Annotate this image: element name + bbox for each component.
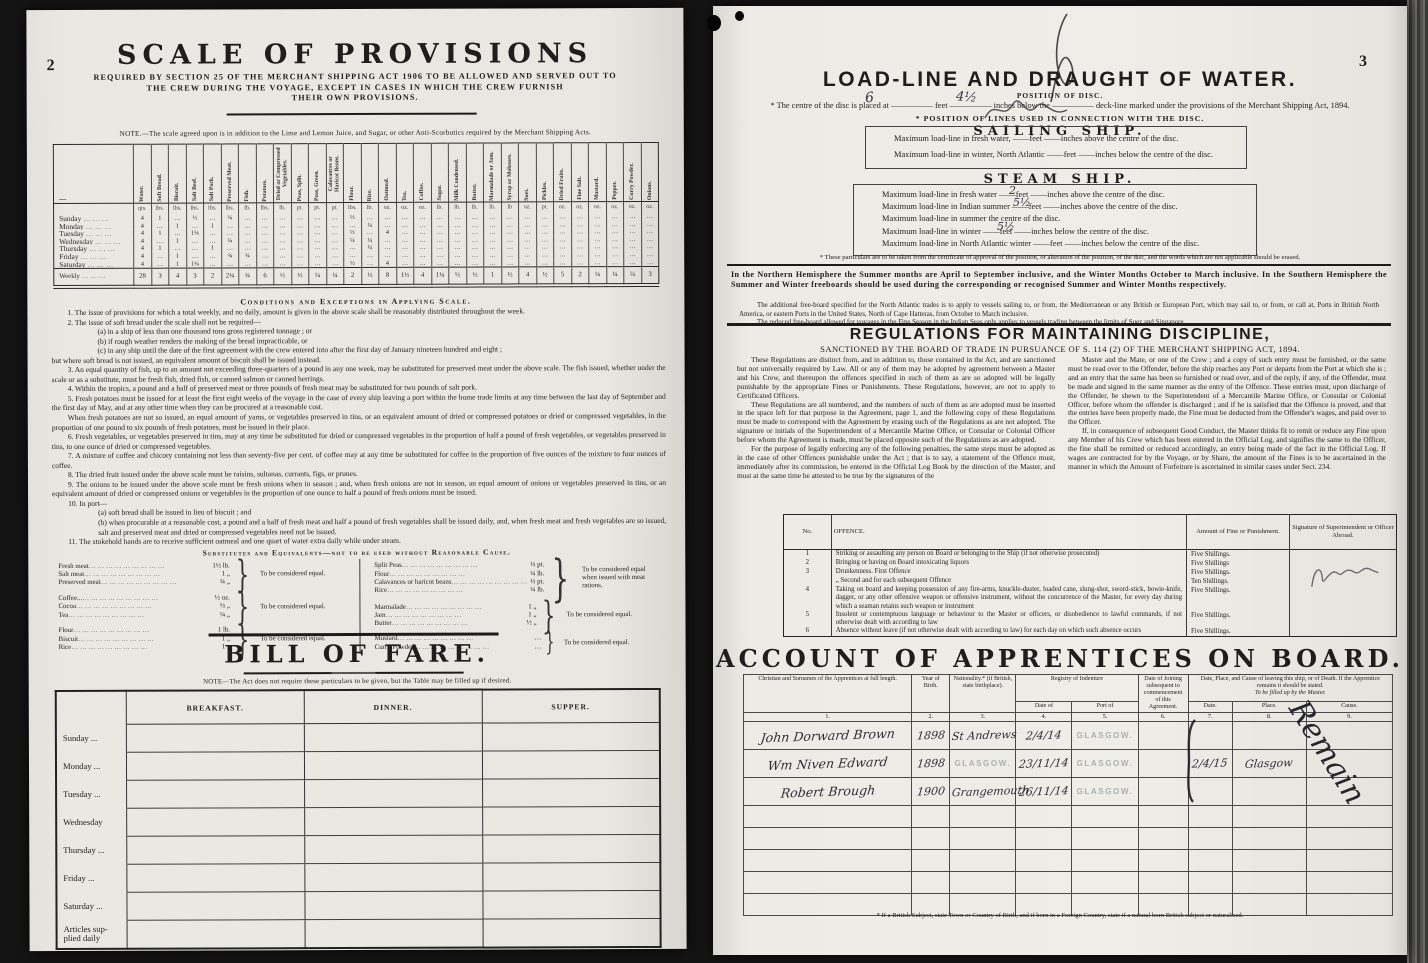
bill-of-fare-table: BREAKFAST.DINNER.SUPPER.Sunday ...Monday… <box>55 688 662 950</box>
scanned-logbook-spread: 2 SCALE OF PROVISIONS REQUIRED BY SECTIO… <box>0 0 1428 963</box>
steam-line: Maximum load-line in North Atlantic wint… <box>882 238 1246 250</box>
conditions-item: (b) when procurable at a reasonable cost… <box>98 516 666 537</box>
provisions-column-header: Tea. <box>396 143 414 202</box>
apprentices-title: ACCOUNT OF APPRENTICES ON BOARD. <box>713 644 1407 673</box>
regulations-sanction-line: SANCTIONED BY THE BOARD OF TRADE IN PURS… <box>713 344 1407 354</box>
conditions-item: 9. The onions to be issued under the abo… <box>52 478 666 499</box>
bill-row: Articles sup- plied daily <box>57 918 661 949</box>
handwritten-entry: 1898 <box>916 729 945 743</box>
regulations-left-column: These Regulations are distinct from, and… <box>737 356 1055 481</box>
apprentice-row: Robert Brough1900Grangemouth26/11/14GLAS… <box>744 778 1393 806</box>
bill-column-header: BREAKFAST. <box>126 690 304 724</box>
bill-row: Wednesday <box>56 806 660 836</box>
brace-glyph: } <box>542 600 555 630</box>
regulations-paragraph: Master and the Mate, or one of the Crew … <box>1068 356 1386 427</box>
apprentice-empty-row <box>744 872 1393 894</box>
left-page: 2 SCALE OF PROVISIONS REQUIRED BY SECTIO… <box>26 8 686 951</box>
substitutes-heading: Substitutes and Equivalents—not to be us… <box>28 547 685 558</box>
bill-of-fare-note: NOTE—The Act does not require these part… <box>29 677 686 686</box>
superintendent-signature <box>1303 550 1383 590</box>
substitutes-note: To be considered equal. <box>254 570 359 578</box>
freeboard-note: The additional free-board specified for … <box>739 302 1379 319</box>
substitutes-note: To be considered equal. <box>254 603 359 611</box>
brace-glyph: } <box>551 558 569 598</box>
provisions-column-header: Salt Pork. <box>203 144 221 203</box>
scale-subtitle: REQUIRED BY SECTION 25 OF THE MERCHANT S… <box>27 71 684 105</box>
bill-column-header: DINNER. <box>304 690 482 724</box>
bill-row: Sunday ... <box>56 722 660 752</box>
steam-line: Maximum load-line in winter ——feet ——inc… <box>882 226 1246 238</box>
substitutes-note: To be considered equal. <box>561 611 661 619</box>
provisions-column-header: Suet. <box>518 143 536 202</box>
provisions-column-header: Onions. <box>641 142 659 201</box>
sailing-line: Maximum load-line in fresh water, ——feet… <box>894 131 1236 147</box>
provisions-column-header: Preserved Meat. <box>221 144 239 203</box>
substitutes-row: Preserved meat¾ „ <box>58 579 230 588</box>
substitutes-group: Marmalade1 „Jam1 „Butter½ „}To be consid… <box>374 600 660 631</box>
provisions-column-header: Rice. <box>361 143 379 202</box>
bill-row: Monday ... <box>56 750 660 780</box>
apprentices-column-header: Port of <box>1072 701 1138 712</box>
provisions-column-header: Curry Powder. <box>623 143 641 202</box>
regulations-paragraph: These Regulations are distinct from, and… <box>737 356 1055 401</box>
provisions-column-header: Coffee. <box>413 143 431 202</box>
handwritten-entry: St Andrews <box>951 728 1017 743</box>
conditions-text: 1. The issue of provisions for which a t… <box>51 306 666 547</box>
offence-column-header: OFFENCE. <box>831 515 1186 550</box>
apprentices-column-header: Nationality.* (if British, state birthpl… <box>950 675 1016 713</box>
right-page: 3 LOAD-LINE AND DRAUGHT OF WATER. POSITI… <box>713 6 1407 955</box>
bill-header-row: BREAKFAST.DINNER.SUPPER. <box>56 689 660 725</box>
regulations-paragraph: For the purpose of legally enforcing any… <box>737 445 1055 481</box>
subtitle-line: THEIR OWN PROVISIONS. <box>27 92 684 105</box>
punch-hole <box>735 11 744 21</box>
divider <box>244 672 464 675</box>
apprentice-empty-row <box>744 828 1393 850</box>
provisions-column-header: Oatmeal. <box>378 143 396 202</box>
page-stack-edge <box>1407 0 1428 963</box>
conditions-item: 7. A mixture of coffee and chicory conta… <box>52 449 666 470</box>
offence-header-row: No.OFFENCE.Amount of Fine or Punishment.… <box>784 515 1397 550</box>
apprentices-header-row: Christian and Surnames of the Apprentice… <box>744 675 1393 702</box>
substitutes-note: To be considered equal when issued with … <box>576 566 660 590</box>
provisions-column-header: Pickles. <box>536 143 554 202</box>
bill-row: Saturday ... <box>56 890 660 920</box>
port-stamp: GLASGOW. <box>954 759 1011 768</box>
bill-row: Thursday ... <box>56 834 660 864</box>
handwritten-entry: 1898 <box>916 757 945 771</box>
offence-column-header: Amount of Fine or Punishment. <box>1187 515 1290 550</box>
provisions-column-header: Marmalade or Jam. <box>483 143 501 202</box>
divider <box>727 264 1391 266</box>
substitutes-group: Fresh meat1½ lb.Salt meat1 „Preserved me… <box>58 559 359 590</box>
handwritten-steam-indian: 5½ <box>1013 196 1031 209</box>
provisions-column-header: Sugar. <box>431 143 449 202</box>
sailing-line: Maximum load-line in winter, North Atlan… <box>894 147 1236 163</box>
apprentices-column-header: Christian and Surnames of the Apprentice… <box>744 675 912 713</box>
provisions-column-header: Dried Fruits. <box>553 143 571 202</box>
apprentice-empty-row <box>744 850 1393 872</box>
loadline-footnote: * These particulars are to be taken from… <box>713 254 1407 261</box>
hemisphere-paragraph: In the Northern Hemisphere the Summer mo… <box>731 270 1387 290</box>
provisions-column-header: Flour. <box>343 143 361 202</box>
provisions-column-header: Peas, Split. <box>291 144 309 203</box>
apprentices-column-header: Date, Place, and Cause of leaving this s… <box>1188 675 1392 702</box>
port-stamp: GLASGOW. <box>1077 759 1134 768</box>
provisions-table: —Water.Soft Bread.Biscuit.Salt Beef.Salt… <box>53 142 660 289</box>
provisions-column-header: Butter. <box>466 143 484 202</box>
bill-of-fare-title: BILL OF FARE. <box>29 638 686 669</box>
handwritten-entry: 23/11/14 <box>1018 756 1069 771</box>
regulations-title: REGULATIONS FOR MAINTAINING DISCIPLINE, <box>713 326 1407 344</box>
provisions-corner: — <box>53 144 133 203</box>
conditions-item: 6. Fresh vegetables, or vegetables prese… <box>52 430 666 451</box>
substitutes-group: Coffee...½ oz.Cocoa½ „Tea¼ „}To be consi… <box>58 591 359 622</box>
apprentices-column-header: Date of Joining subsequent to commenceme… <box>1138 675 1188 713</box>
provisions-column-header: Pepper. <box>606 143 624 202</box>
apprentice-row: Wm Niven Edward1898GLASGOW.23/11/14GLASG… <box>744 750 1393 778</box>
offence-table: No.OFFENCE.Amount of Fine or Punishment.… <box>783 514 1397 637</box>
offence-column-header: Signature of Superintendent or Officer A… <box>1289 515 1396 550</box>
handwritten-steam-winter: 5½ <box>997 220 1015 233</box>
handwritten-disc-feet: 6 <box>864 90 875 107</box>
position-of-lines-label: * POSITION OF LINES USED IN CONNECTION W… <box>713 114 1407 123</box>
offence-column-header: No. <box>784 515 832 550</box>
substitutes-row: Tea¼ „ <box>58 611 230 620</box>
signature-cell <box>1289 550 1396 637</box>
bill-column-header: SUPPER. <box>482 689 660 723</box>
steam-ship-box: Maximum load-line in fresh water ——feet … <box>853 184 1257 256</box>
steam-line: Maximum load-line in Indian summer ——fee… <box>882 201 1246 213</box>
punch-hole <box>707 15 721 31</box>
conditions-item: 3. An equal quantity of fish, up to an a… <box>52 363 666 384</box>
apprentice-empty-row <box>744 806 1393 828</box>
provisions-column-header: Biscuit. <box>168 144 186 203</box>
apprentices-column-header: Date of <box>1016 701 1072 712</box>
load-line-title: LOAD-LINE AND DRAUGHT OF WATER. <box>713 68 1407 92</box>
substitutes-row: Butter½ „ <box>374 620 536 629</box>
bill-row: Friday ... <box>56 862 660 892</box>
divider <box>227 113 477 116</box>
handwritten-entry: Robert Brough <box>780 782 876 800</box>
provisions-column-header: Calavances or Haricot Beans. <box>326 144 344 203</box>
provisions-column-header: Dried or Compressed Vegetables. <box>273 144 291 203</box>
handwritten-entry: Wm Niven Edward <box>767 754 888 773</box>
handwritten-disc-inches: 4½ <box>956 89 978 105</box>
conditions-item: 11. The stokehold hands are to receive s… <box>52 535 666 547</box>
steam-line: Maximum load-line in fresh water ——feet … <box>882 189 1246 201</box>
offence-row: 1Striking or assaulting any person on Bo… <box>784 550 1397 560</box>
handwritten-entry: 26/11/14 <box>1018 784 1069 799</box>
handwritten-brace <box>1181 718 1199 804</box>
handwritten-entry: John Dorward Brown <box>760 726 896 746</box>
apprentices-column-header: Date. <box>1188 701 1232 712</box>
provisions-column-header: Fine Salt. <box>571 143 589 202</box>
apprentices-column-header: Registry of Indenture <box>1016 675 1138 702</box>
regulations-right-column: Master and the Mate, or one of the Crew … <box>1067 356 1386 472</box>
provisions-column-header: Water. <box>133 144 151 203</box>
provisions-column-header: Soft Bread. <box>151 144 169 203</box>
scale-note: NOTE.—The scale agreed upon is in additi… <box>27 128 684 138</box>
provisions-column-header: Syrup or Molasses. <box>501 143 519 202</box>
port-stamp: GLASGOW. <box>1077 787 1134 796</box>
provisions-column-header: Fish. <box>238 144 256 203</box>
provisions-header-row: —Water.Soft Bread.Biscuit.Salt Beef.Salt… <box>53 142 658 203</box>
steam-line: Maximum load-line in summer the centre o… <box>882 213 1246 225</box>
handwritten-entry: Glasgow <box>1245 756 1294 771</box>
provisions-column-header: Peas, Green. <box>308 144 326 203</box>
provisions-column-header: Salt Beef. <box>186 144 204 203</box>
apprentices-footnote: * If a British Subject, state Town or Co… <box>713 912 1407 919</box>
substitutes-group: Split Peas⅓ pt.Flour¾ lb.Calavances or h… <box>374 558 660 599</box>
substitutes-row: Rice¾ lb. <box>374 587 544 596</box>
apprentices-column-header: Year of Birth. <box>912 675 950 713</box>
handwritten-entry: 1900 <box>916 785 945 799</box>
provisions-weekly-row: Weekly2834322¼¾6½⅓¼¼2½81½41¼½½1½4½52¼¼¼3 <box>54 267 659 288</box>
conditions-item: 5. Fresh potatoes must be issued for at … <box>52 392 666 413</box>
regulations-paragraph: If, in consequence of subsequent Good Co… <box>1068 427 1386 472</box>
port-stamp: GLASGOW. <box>1077 731 1134 740</box>
scale-of-provisions-title: SCALE OF PROVISIONS <box>26 38 683 71</box>
regulations-paragraph: These Regulations are all numbered, and … <box>737 401 1055 446</box>
conditions-item: When fresh potatoes are not so issued, a… <box>52 411 666 432</box>
bill-row: Tuesday ... <box>56 778 660 808</box>
provisions-column-header: Potatoes. <box>256 144 274 203</box>
provisions-column-header: Milk Condensed. <box>448 143 466 202</box>
provisions-column-header: Mustard. <box>588 143 606 202</box>
handwritten-entry: 2/4/14 <box>1025 728 1062 742</box>
sailing-ship-box: Maximum load-line in fresh water, ——feet… <box>865 126 1247 169</box>
